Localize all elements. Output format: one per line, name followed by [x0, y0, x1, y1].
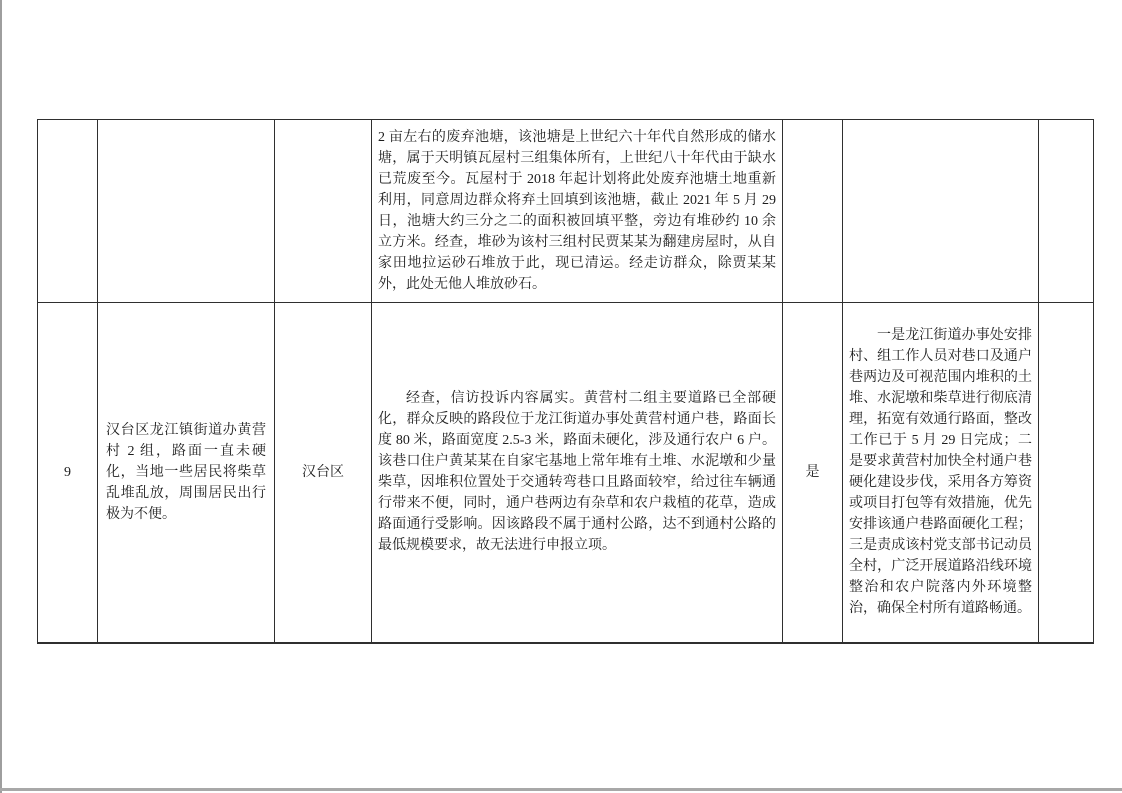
page-edge-left	[0, 0, 2, 793]
cell-verification: 经查，信访投诉内容属实。黄营村二组主要道路已全部硬化，群众反映的路段位于龙江街道…	[372, 303, 783, 643]
cell-resolution: 一是龙江街道办事处安排村、组工作人员对巷口及通户巷两边及可视范围内堆积的土堆、水…	[843, 303, 1039, 643]
cell-district: 汉台区	[275, 303, 372, 643]
verification-text: 经查，信访投诉内容属实。黄营村二组主要道路已全部硬化，群众反映的路段位于龙江街道…	[378, 388, 776, 556]
table-row-continuation: 2 亩左右的废弃池塘，该池塘是上世纪六十年代自然形成的储水塘，属于天明镇瓦屋村三…	[38, 120, 1094, 303]
cell-remark	[1039, 120, 1094, 303]
cell-seq	[38, 120, 98, 303]
verification-text: 2 亩左右的废弃池塘，该池塘是上世纪六十年代自然形成的储水塘，属于天明镇瓦屋村三…	[378, 127, 776, 295]
cell-remark	[1039, 303, 1094, 643]
page-edge-bottom	[0, 788, 1122, 791]
document-page: 2 亩左右的废弃池塘，该池塘是上世纪六十年代自然形成的储水塘，属于天明镇瓦屋村三…	[0, 0, 1122, 793]
cell-verification: 2 亩左右的废弃池塘，该池塘是上世纪六十年代自然形成的储水塘，属于天明镇瓦屋村三…	[372, 120, 783, 303]
cell-district	[275, 120, 372, 303]
resolution-text: 一是龙江街道办事处安排村、组工作人员对巷口及通户巷两边及可视范围内堆积的土堆、水…	[849, 325, 1032, 619]
table-row-9: 9 汉台区龙江镇街道办黄营村 2 组，路面一直未硬化，当地一些居民将柴草乱堆乱放…	[38, 303, 1094, 643]
complaints-table: 2 亩左右的废弃池塘，该池塘是上世纪六十年代自然形成的储水塘，属于天明镇瓦屋村三…	[37, 119, 1094, 644]
cell-complaint: 汉台区龙江镇街道办黄营村 2 组，路面一直未硬化，当地一些居民将柴草乱堆乱放，周…	[98, 303, 275, 643]
cell-seq: 9	[38, 303, 98, 643]
cell-verified-true	[783, 120, 843, 303]
complaint-text: 汉台区龙江镇街道办黄营村 2 组，路面一直未硬化，当地一些居民将柴草乱堆乱放，周…	[104, 420, 268, 525]
cell-resolution	[843, 120, 1039, 303]
cell-verified-true: 是	[783, 303, 843, 643]
cell-complaint	[98, 120, 275, 303]
